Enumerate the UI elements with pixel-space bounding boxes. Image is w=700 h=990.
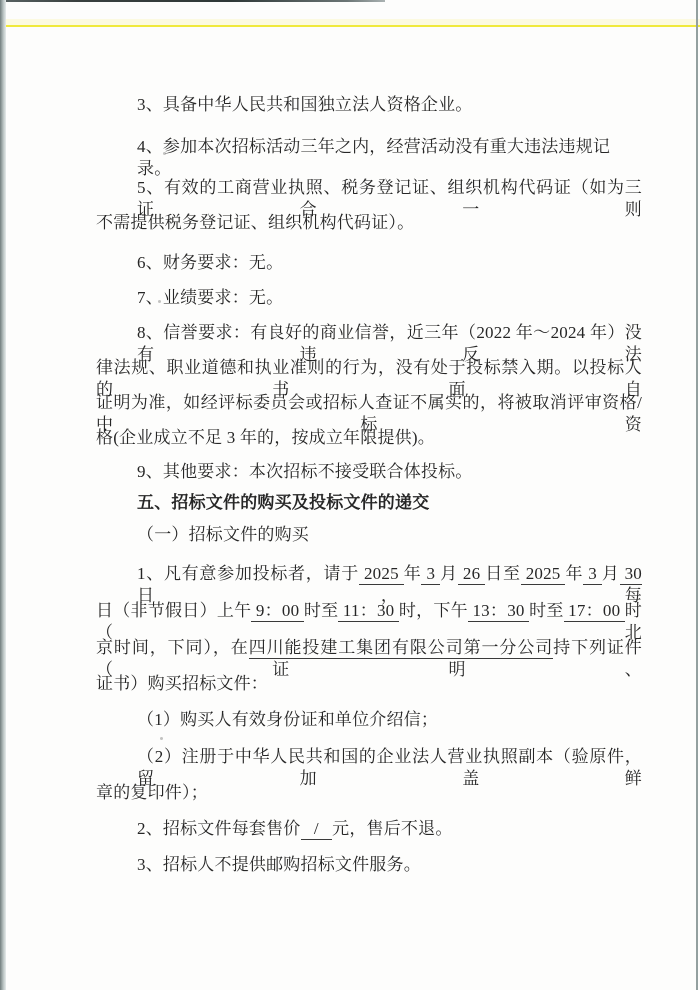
line-purchase-1d: 证书）购买招标文件： <box>96 673 642 695</box>
scan-noise-dot <box>160 737 163 740</box>
u-month-start-field: 3 <box>421 564 440 585</box>
text-segment: 元，售后不退。 <box>332 819 452 838</box>
text-segment: 日（非节假日）上午 <box>96 601 251 620</box>
u-day-start-field: 26 <box>458 564 485 585</box>
text-segment: 2、招标文件每套售价 <box>137 819 301 838</box>
text-segment: 年 <box>404 564 422 583</box>
subsection-1-heading: （一）招标文件的购买 <box>96 524 642 546</box>
text-segment: 京时间，下同），在 <box>96 638 249 657</box>
text-segment: 时，下午 <box>399 601 468 620</box>
line-req-3: 3、具备中华人民共和国独立法人资格企业。 <box>96 94 642 116</box>
text-segment: 1、凡有意参加投标者，请于 <box>137 564 359 583</box>
u-year-start-field: 2025 <box>359 564 404 585</box>
u-time-am-start-field: 9：00 <box>251 601 303 622</box>
highlighter-line <box>0 25 700 27</box>
line-req-5b: 不需提供税务登记证、组织机构代码证）。 <box>96 212 642 234</box>
u-time-am-end-field: 11：30 <box>338 601 399 622</box>
text-segment: 月 <box>602 564 620 583</box>
u-month-end-field: 3 <box>583 564 602 585</box>
line-req-6: 6、财务要求：无。 <box>96 252 642 274</box>
line-price: 2、招标文件每套售价 / 元，售后不退。 <box>96 818 642 840</box>
line-cert-1: （1）购买人有效身份证和单位介绍信； <box>96 709 642 731</box>
text-segment: 时至 <box>529 601 564 620</box>
text-segment: 月 <box>440 564 458 583</box>
scanned-document-page: 3、具备中华人民共和国独立法人资格企业。 4、参加本次招标活动三年之内，经营活动… <box>0 0 700 990</box>
text-segment: 时至 <box>304 601 339 620</box>
line-cert-2b: 章的复印件）； <box>96 782 642 804</box>
scan-artifact-right-edge <box>696 0 698 990</box>
scan-artifact-top-strip <box>0 0 385 2</box>
line-no-mail: 3、招标人不提供邮购招标文件服务。 <box>96 854 642 876</box>
u-time-pm-end-field: 17：00 <box>564 601 625 622</box>
u-price-blank-field: / <box>301 819 333 840</box>
u-year-end-field: 2025 <box>521 564 566 585</box>
line-req-7: 7、业绩要求：无。 <box>96 287 642 309</box>
scan-artifact-left-edge <box>0 0 6 990</box>
line-req-8d: 格(企业成立不足 3 年的，按成立年限提供)。 <box>96 427 642 449</box>
line-req-9: 9、其他要求：本次招标不接受联合体投标。 <box>96 461 642 483</box>
text-segment: 年 <box>565 564 583 583</box>
u-company-name-field: 四川能投建工集团有限公司第一分公司 <box>249 638 553 659</box>
line-req-4: 4、参加本次招标活动三年之内，经营活动没有重大违法违规记录。 <box>96 136 642 180</box>
text-segment: 日至 <box>485 564 520 583</box>
u-time-pm-start-field: 13：30 <box>468 601 529 622</box>
section-5-heading: 五、招标文件的购买及投标文件的递交 <box>96 492 642 514</box>
u-day-end-field: 30 <box>620 564 642 585</box>
